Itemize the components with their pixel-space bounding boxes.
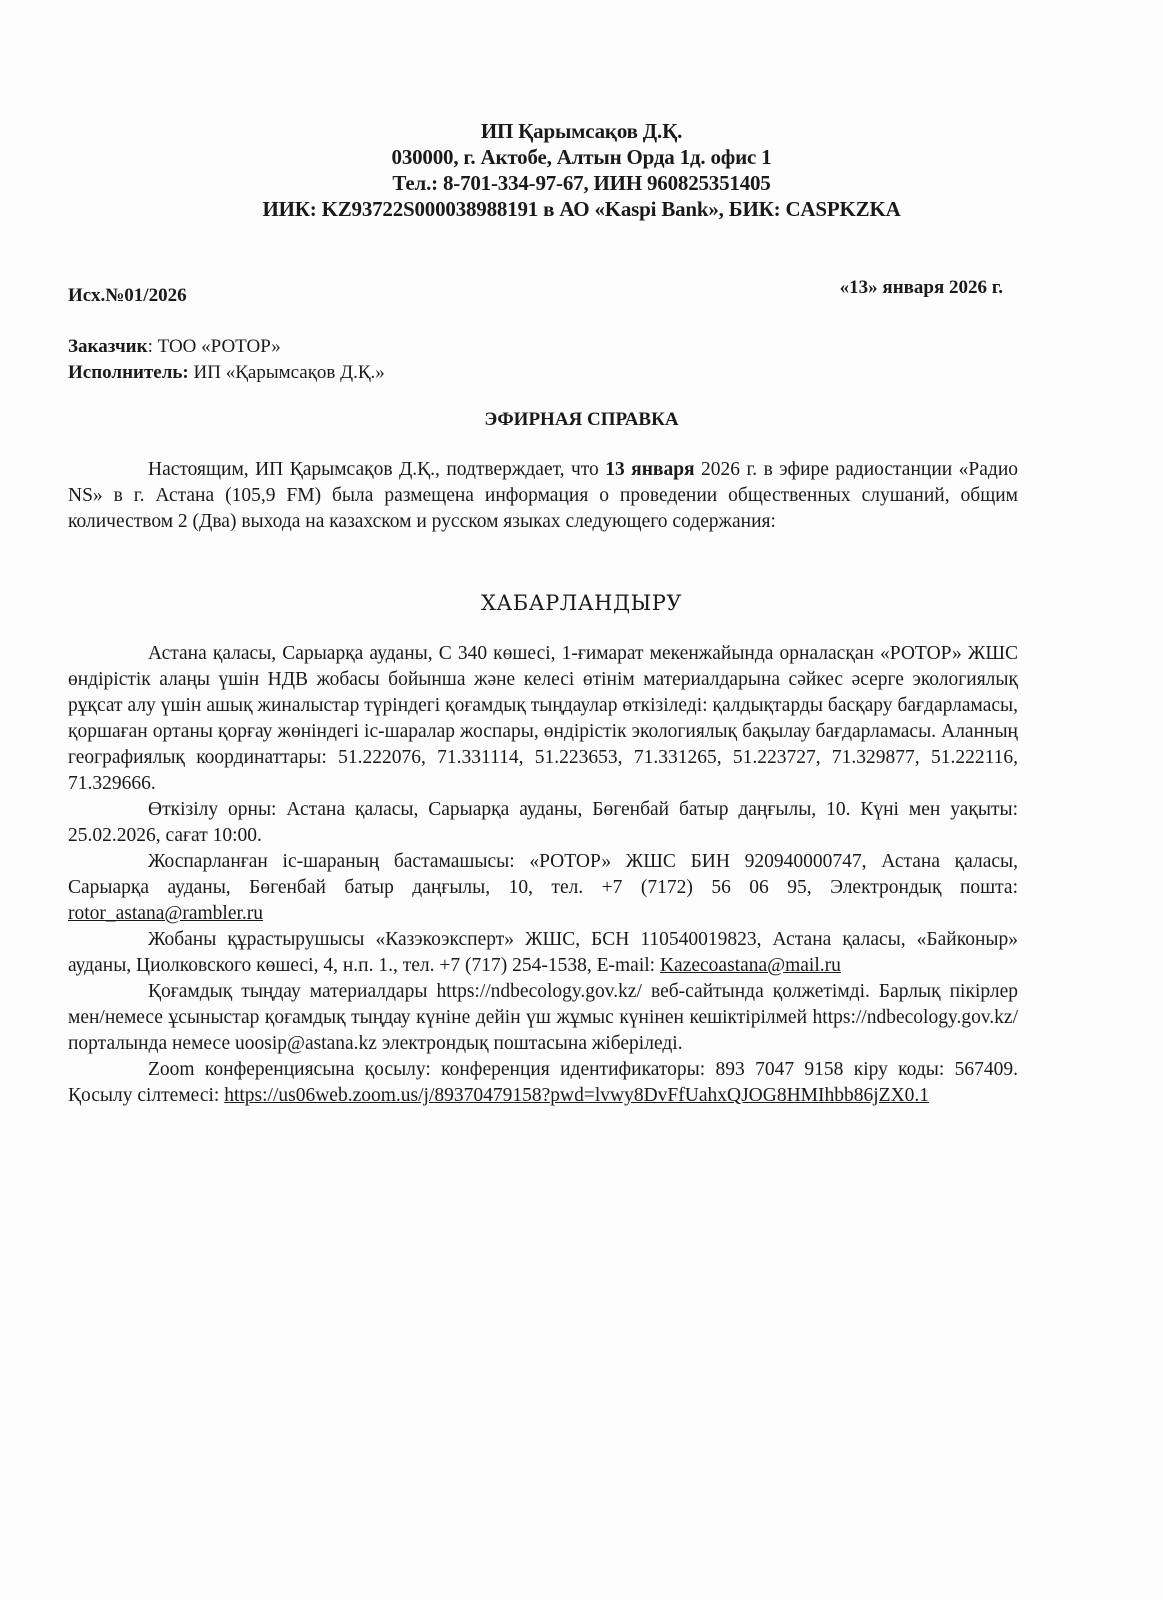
company-contacts: Тел.: 8-701-334-97-67, ИИН 960825351405	[0, 170, 1163, 196]
intro-paragraph: Настоящим, ИП Қарымсақов Д.Қ., подтвержд…	[68, 457, 1018, 535]
announcement-paragraph-4: Жобаны құрастырушысы «Казэкоэксперт» ЖШС…	[68, 927, 1018, 979]
announcement-paragraph-2: Өткізілу орны: Астана қаласы, Сарыарқа а…	[68, 797, 1018, 849]
letterhead: ИП Қарымсақов Д.Қ. 030000, г. Актобе, Ал…	[0, 118, 1163, 222]
announcement-body: Астана қаласы, Сарыарқа ауданы, С 340 кө…	[68, 641, 1018, 1109]
document-date: «13» января 2026 г.	[840, 276, 1003, 300]
company-address: 030000, г. Актобе, Алтын Орда 1д. офис 1	[0, 144, 1163, 170]
developer-text: Жобаны құрастырушысы «Казэкоэксперт» ЖШС…	[68, 929, 1018, 976]
announcement-paragraph-5: Қоғамдық тыңдау материалдары https://ndb…	[68, 979, 1018, 1057]
intro-date: 13 января	[605, 459, 694, 480]
customer-label: Заказчик	[68, 336, 148, 357]
announcement-paragraph-1: Астана қаласы, Сарыарқа ауданы, С 340 кө…	[68, 641, 1018, 797]
contractor-line: Исполнитель: ИП «Қарымсақов Д.Қ.»	[68, 360, 385, 386]
parties: Заказчик: ТОО «РОТОР» Исполнитель: ИП «Қ…	[68, 334, 385, 386]
developer-email-link[interactable]: Kazecoastana@mail.ru	[660, 955, 841, 976]
company-bank-details: ИИК: KZ93722S000038988191 в АО «Kaspi Ba…	[0, 196, 1163, 222]
customer-line: Заказчик: ТОО «РОТОР»	[68, 334, 385, 360]
announcement-paragraph-6: Zoom конференциясына қосылу: конференция…	[68, 1057, 1018, 1109]
intro-text-start: Настоящим, ИП Қарымсақов Д.Қ., подтвержд…	[148, 459, 605, 480]
contractor-label: Исполнитель:	[68, 362, 189, 383]
zoom-link[interactable]: https://us06web.zoom.us/j/89370479158?pw…	[224, 1085, 929, 1106]
announcement-title: ХАБАРЛАНДЫРУ	[0, 590, 1163, 616]
intro-section: Настоящим, ИП Қарымсақов Д.Қ., подтвержд…	[68, 457, 1018, 535]
customer-value: : ТОО «РОТОР»	[148, 336, 281, 357]
company-name: ИП Қарымсақов Д.Қ.	[0, 118, 1163, 144]
reference-number: Исх.№01/2026	[68, 284, 187, 308]
document-page: ИП Қарымсақов Д.Қ. 030000, г. Актобе, Ал…	[0, 0, 1163, 1600]
announcement-paragraph-3: Жоспарланған іс-шараның бастамашысы: «РО…	[68, 849, 1018, 927]
initiator-text: Жоспарланған іс-шараның бастамашысы: «РО…	[68, 851, 1018, 898]
initiator-email-link[interactable]: rotor_astana@rambler.ru	[68, 903, 263, 924]
document-title: ЭФИРНАЯ СПРАВКА	[0, 408, 1163, 432]
contractor-value: ИП «Қарымсақов Д.Қ.»	[189, 362, 385, 383]
